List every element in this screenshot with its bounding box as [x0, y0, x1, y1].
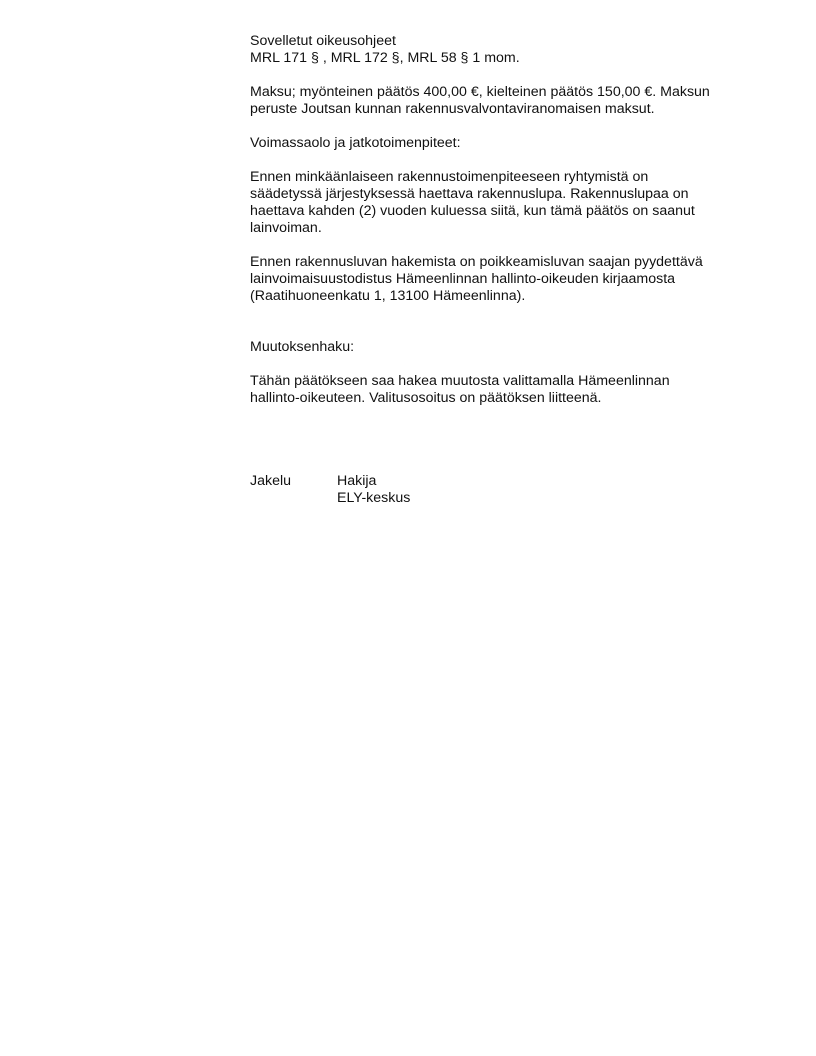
appeal-line: Tähän päätökseen saa hakea muutosta vali…: [250, 373, 750, 390]
validity-line: (Raatihuoneenkatu 1, 13100 Hämeenlinna).: [250, 288, 750, 305]
validity-paragraph-1: Ennen minkäänlaiseen rakennustoimenpitee…: [250, 169, 750, 237]
applied-regulations-heading: Sovelletut oikeusohjeet: [250, 33, 750, 50]
applied-regulations-text: MRL 171 § , MRL 172 §, MRL 58 § 1 mom.: [250, 50, 750, 67]
validity-heading: Voimassaolo ja jatkotoimenpiteet:: [250, 135, 750, 152]
validity-section: Voimassaolo ja jatkotoimenpiteet:: [250, 135, 750, 152]
distribution-label: Jakelu: [250, 473, 291, 490]
distribution-recipient: Hakija: [337, 473, 410, 490]
fee-line: Maksu; myönteinen päätös 400,00 €, kielt…: [250, 84, 750, 101]
validity-line: lainvoiman.: [250, 220, 750, 237]
validity-line: Ennen minkäänlaiseen rakennustoimenpitee…: [250, 169, 750, 186]
validity-line: lainvoimaisuustodistus Hämeenlinnan hall…: [250, 271, 750, 288]
appeal-text: Tähän päätökseen saa hakea muutosta vali…: [250, 373, 750, 407]
distribution-recipients: Hakija ELY-keskus: [337, 473, 410, 507]
validity-line: Ennen rakennusluvan hakemista on poikkea…: [250, 254, 750, 271]
applied-regulations-section: Sovelletut oikeusohjeet MRL 171 § , MRL …: [250, 33, 750, 67]
validity-line: säädetyssä järjestyksessä haettava raken…: [250, 186, 750, 203]
fee-section: Maksu; myönteinen päätös 400,00 €, kielt…: [250, 84, 750, 118]
validity-line: haettava kahden (2) vuoden kuluessa siit…: [250, 203, 750, 220]
appeal-line: hallinto-oikeuteen. Valitusosoitus on pä…: [250, 390, 750, 407]
fee-line: peruste Joutsan kunnan rakennusvalvontav…: [250, 101, 750, 118]
appeal-heading: Muutoksenhaku:: [250, 339, 750, 356]
distribution-recipient: ELY-keskus: [337, 490, 410, 507]
appeal-section: Muutoksenhaku:: [250, 339, 750, 356]
validity-paragraph-2: Ennen rakennusluvan hakemista on poikkea…: [250, 254, 750, 305]
